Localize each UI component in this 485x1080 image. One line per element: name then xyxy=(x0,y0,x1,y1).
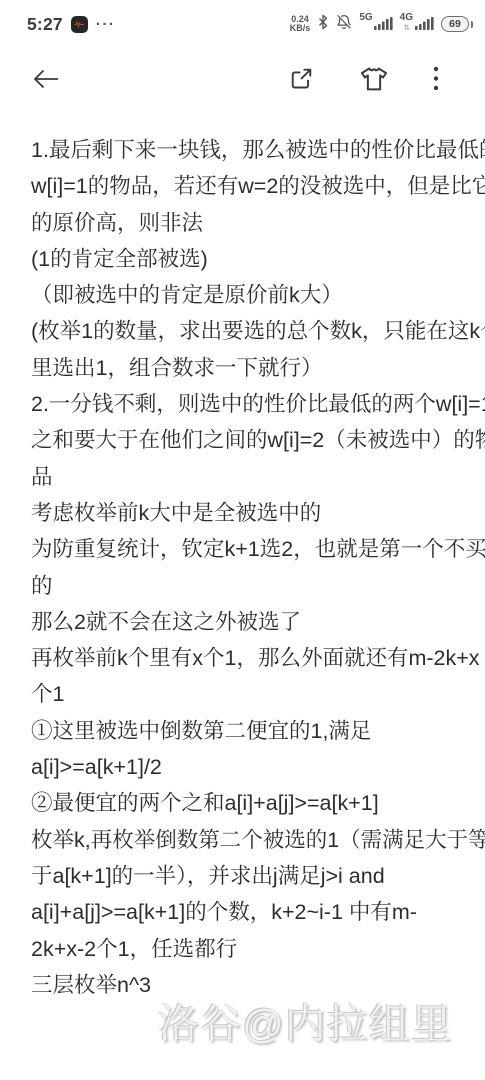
clock: 5:27 xyxy=(27,14,63,35)
bell-slash-icon xyxy=(336,14,352,35)
kebab-menu-icon xyxy=(433,66,439,94)
sim1-network-type: 5G xyxy=(359,13,372,23)
share-icon xyxy=(288,65,315,95)
note-line: （即被选中的肯定是原价前k大） xyxy=(31,277,471,313)
note-line: a[i]+a[j]>=a[k+1]的个数，k+2~i-1 中有m- xyxy=(31,894,471,930)
note-line: 为防重复统计，钦定k+1选2，也就是第一个不买 xyxy=(31,531,471,567)
menu-button[interactable] xyxy=(433,66,439,94)
note-line: ①这里被选中倒数第二便宜的1,满足 xyxy=(31,713,471,749)
notification-overflow-dots: ··· xyxy=(96,16,116,33)
bluetooth-icon xyxy=(317,14,329,35)
battery-icon: 69 xyxy=(441,16,473,32)
note-line: 考虑枚举前k大中是全被选中的 xyxy=(31,495,471,531)
sim2-signal: 4G ⇅ xyxy=(400,13,434,35)
note-line: 的 xyxy=(31,568,471,604)
note-body[interactable]: 1.最后剩下来一块钱，那么被选中的性价比最低的w[i]=1的物品，若还有w=2的… xyxy=(0,116,485,1003)
status-bar-left: 5:27 ··· xyxy=(27,14,115,35)
toolbar xyxy=(0,44,485,116)
note-line: 里选出1，组合数求一下就行） xyxy=(31,350,471,386)
status-bar: 5:27 ··· 0.24 KB/s 5G xyxy=(0,0,485,44)
share-button[interactable] xyxy=(288,65,315,95)
note-line: (1的肯定全部被选) xyxy=(31,241,471,277)
note-line: 个1 xyxy=(31,676,471,712)
note-line: 品 xyxy=(31,459,471,495)
note-line: 于a[k+1]的一半），并求出j满足j>i and xyxy=(31,858,471,894)
signal-bars-icon xyxy=(415,17,434,35)
note-line: w[i]=1的物品，若还有w=2的没被选中，但是比它 xyxy=(31,168,471,204)
back-arrow-icon xyxy=(31,67,60,94)
toolbar-actions xyxy=(288,65,439,95)
note-line: a[i]>=a[k+1]/2 xyxy=(31,749,471,785)
sim2-network-type: 4G xyxy=(400,13,413,23)
back-button[interactable] xyxy=(31,67,60,94)
note-line: 的原价高，则非法 xyxy=(31,205,471,241)
sim2-label-group: 4G ⇅ xyxy=(400,13,414,31)
note-line: 2.一分钱不剩，则选中的性价比最低的两个w[i]=1 xyxy=(31,386,471,422)
note-line: 再枚举前k个里有x个1，那么外面就还有m-2k+x xyxy=(31,640,471,676)
battery-percent: 69 xyxy=(441,16,469,32)
note-line: 之和要大于在他们之间的w[i]=2（未被选中）的物 xyxy=(31,422,471,458)
status-bar-right: 0.24 KB/s 5G xyxy=(290,13,473,35)
tshirt-icon xyxy=(359,66,389,95)
recorder-icon xyxy=(71,16,88,33)
network-speed-unit: KB/s xyxy=(290,24,311,34)
battery-nub xyxy=(471,21,474,28)
note-line: 1.最后剩下来一块钱，那么被选中的性价比最低的 xyxy=(31,132,471,168)
watermark: 洛谷@内拉组里 xyxy=(158,991,453,1050)
note-line: 那么2就不会在这之外被选了 xyxy=(31,604,471,640)
signal-bars-icon xyxy=(374,17,393,35)
note-line: 枚举k,再枚举倒数第二个被选的1（需满足大于等 xyxy=(31,822,471,858)
note-line: ②最便宜的两个之和a[i]+a[j]>=a[k+1] xyxy=(31,785,471,821)
data-transfer-arrows-icon: ⇅ xyxy=(404,24,410,31)
network-speed: 0.24 KB/s xyxy=(290,15,311,34)
theme-skin-button[interactable] xyxy=(359,66,389,95)
note-line: 2k+x-2个1，任选都行 xyxy=(31,931,471,967)
sim1-signal: 5G xyxy=(359,13,392,35)
note-line: (枚举1的数量，求出要选的总个数k，只能在这k个 xyxy=(31,313,471,349)
